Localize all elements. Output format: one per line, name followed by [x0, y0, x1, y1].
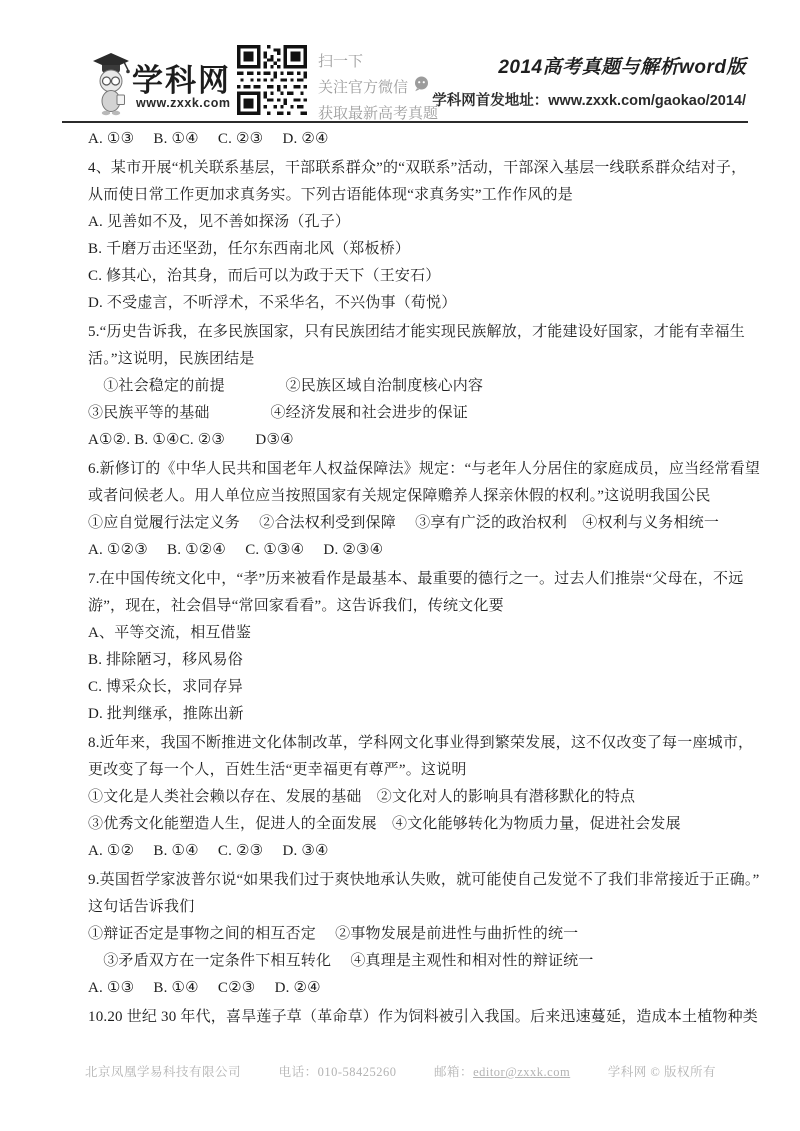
question-8: 8.近年来，我国不断推进文化体制改革，学科网文化事业得到繁荣发展，这不仅改变了每…	[88, 730, 753, 865]
question-line: ③优秀文化能塑造人生，促进人的全面发展 ④文化能够转化为物质力量，促进社会发展	[88, 811, 753, 838]
footer-phone-number: 010-58425260	[318, 1065, 397, 1079]
question-line: 4、某市开展“机关联系基层，干部联系群众”的“双联系”活动，干部深入基层一线联系…	[88, 155, 753, 182]
question-line: B. 排除陋习，移风易俗	[88, 647, 753, 674]
document-body: A. ①③ B. ①④ C. ②③ D. ②④ 4、某市开展“机关联系基层，干部…	[88, 126, 753, 1031]
question-line: ①应自觉履行法定义务 ②合法权利受到保障 ③享有广泛的政治权利 ④权利与义务相统…	[88, 510, 753, 537]
document-subtitle: 学科网首发地址：www.zxxk.com/gaokao/2014/	[432, 89, 746, 110]
footer-copyright: 学科网 © 版权所有	[608, 1062, 716, 1080]
wechat-promo: 扫一下 关注官方微信 获取最新高考真题	[318, 49, 438, 127]
site-name: 学科网	[132, 55, 231, 100]
qr-code-icon	[237, 45, 307, 115]
question-4: 4、某市开展“机关联系基层，干部联系群众”的“双联系”活动，干部深入基层一线联系…	[88, 155, 753, 317]
question-line: D. 不受虚言，不听浮术，不采华名，不兴伪事（荀悦）	[88, 290, 753, 317]
question-line: 6.新修订的《中华人民共和国老年人权益保障法》规定：“与老年人分居住的家庭成员，…	[88, 456, 753, 483]
questions: 4、某市开展“机关联系基层，干部联系群众”的“双联系”活动，干部深入基层一线联系…	[88, 155, 753, 1031]
question-5: 5.“历史告诉我，在多民族国家，只有民族团结才能实现民族解放，才能建设好国家，才…	[88, 319, 753, 454]
answer-options-line: A. ①③ B. ①④ C. ②③ D. ②④	[88, 126, 753, 153]
question-line: 从而使日常工作更加求真务实。下列古语能体现“求真务实”工作作风的是	[88, 182, 753, 209]
footer-phone-label: 电话：	[279, 1065, 318, 1079]
wechat-emoticon-icon	[413, 75, 430, 101]
question-line: A、平等交流，相互借鉴	[88, 620, 753, 647]
question-line: A①②. B. ①④C. ②③ D③④	[88, 427, 753, 454]
question-6: 6.新修订的《中华人民共和国老年人权益保障法》规定：“与老年人分居住的家庭成员，…	[88, 456, 753, 564]
question-line: A. ①③ B. ①④ C②③ D. ②④	[88, 975, 753, 1002]
question-line: ③民族平等的基础 ④经济发展和社会进步的保证	[88, 400, 753, 427]
question-line: 5.“历史告诉我，在多民族国家，只有民族团结才能实现民族解放，才能建设好国家，才…	[88, 319, 753, 346]
question-line: ①文化是人类社会赖以存在、发展的基础 ②文化对人的影响具有潜移默化的特点	[88, 784, 753, 811]
document-title: 2014高考真题与解析word版	[432, 52, 746, 79]
subtitle-label: 学科网首发地址：	[432, 93, 548, 109]
question-line: A. ①② B. ①④ C. ②③ D. ③④	[88, 838, 753, 865]
footer-phone: 电话：010-58425260	[279, 1062, 397, 1080]
subtitle-url: www.zxxk.com/gaokao/2014/	[548, 93, 746, 109]
question-line: C. 博采众长，求同存异	[88, 674, 753, 701]
question-line: C. 修其心，治其身，而后可以为政于天下（王安石）	[88, 263, 753, 290]
question-10: 10.20 世纪 30 年代，喜旱莲子草（革命草）作为饲料被引入我国。后来迅速蔓…	[88, 1004, 753, 1031]
question-line: ①辩证否定是事物之间的相互否定 ②事物发展是前进性与曲折性的统一	[88, 921, 753, 948]
question-line: A. ①②③ B. ①②④ C. ①③④ D. ②③④	[88, 537, 753, 564]
footer-email-label: 邮箱：	[434, 1065, 473, 1079]
question-9: 9.英国哲学家波普尔说“如果我们过于爽快地承认失败，就可能使自己发觉不了我们非常…	[88, 867, 753, 1002]
question-line: 7.在中国传统文化中，“孝”历来被看作是最基本、最重要的德行之一。过去人们推崇“…	[88, 566, 753, 593]
wechat-promo-line3: 获取最新高考真题	[318, 101, 438, 127]
page-footer: 北京凤凰学易科技有限公司 电话：010-58425260 邮箱：editor@z…	[85, 1062, 716, 1080]
header-right: 2014高考真题与解析word版 学科网首发地址：www.zxxk.com/ga…	[432, 52, 746, 110]
question-line: D. 批判继承，推陈出新	[88, 701, 753, 728]
question-7: 7.在中国传统文化中，“孝”历来被看作是最基本、最重要的德行之一。过去人们推崇“…	[88, 566, 753, 728]
wechat-promo-line2: 关注官方微信	[318, 75, 438, 101]
wechat-promo-line2-text: 关注官方微信	[318, 75, 408, 101]
question-line: A. 见善如不及，见不善如探汤（孔子）	[88, 209, 753, 236]
question-line: 或者问候老人。用人单位应当按照国家有关规定保障赡养人探亲休假的权利。”这说明我国…	[88, 483, 753, 510]
header-divider	[62, 121, 748, 123]
question-line: B. 千磨万击还坚劲，任尔东西南北风（郑板桥）	[88, 236, 753, 263]
zxxk-mascot-icon	[90, 50, 134, 121]
page-header: 学科网 www.zxxk.com 扫一下 关注官方微	[0, 0, 800, 123]
question-line: 9.英国哲学家波普尔说“如果我们过于爽快地承认失败，就可能使自己发觉不了我们非常…	[88, 867, 753, 894]
site-url: www.zxxk.com	[136, 96, 230, 110]
question-line: 这句话告诉我们	[88, 894, 753, 921]
wechat-promo-line1: 扫一下	[318, 49, 438, 75]
document-page: 学科网 www.zxxk.com 扫一下 关注官方微	[0, 0, 800, 1131]
footer-email: 邮箱：editor@zxxk.com	[434, 1062, 570, 1080]
question-line: 更改变了每一个人，百姓生活“更幸福更有尊严”。这说明	[88, 757, 753, 784]
question-line: 游”，现在，社会倡导“常回家看看”。这告诉我们，传统文化要	[88, 593, 753, 620]
question-line: 8.近年来，我国不断推进文化体制改革，学科网文化事业得到繁荣发展，这不仅改变了每…	[88, 730, 753, 757]
question-line: 10.20 世纪 30 年代，喜旱莲子草（革命草）作为饲料被引入我国。后来迅速蔓…	[88, 1004, 753, 1031]
question-line: ①社会稳定的前提 ②民族区域自治制度核心内容	[88, 373, 753, 400]
footer-email-link[interactable]: editor@zxxk.com	[473, 1065, 570, 1079]
footer-company: 北京凤凰学易科技有限公司	[85, 1062, 241, 1080]
question-line: ③矛盾双方在一定条件下相互转化 ④真理是主观性和相对性的辩证统一	[88, 948, 753, 975]
question-line: 活。”这说明，民族团结是	[88, 346, 753, 373]
